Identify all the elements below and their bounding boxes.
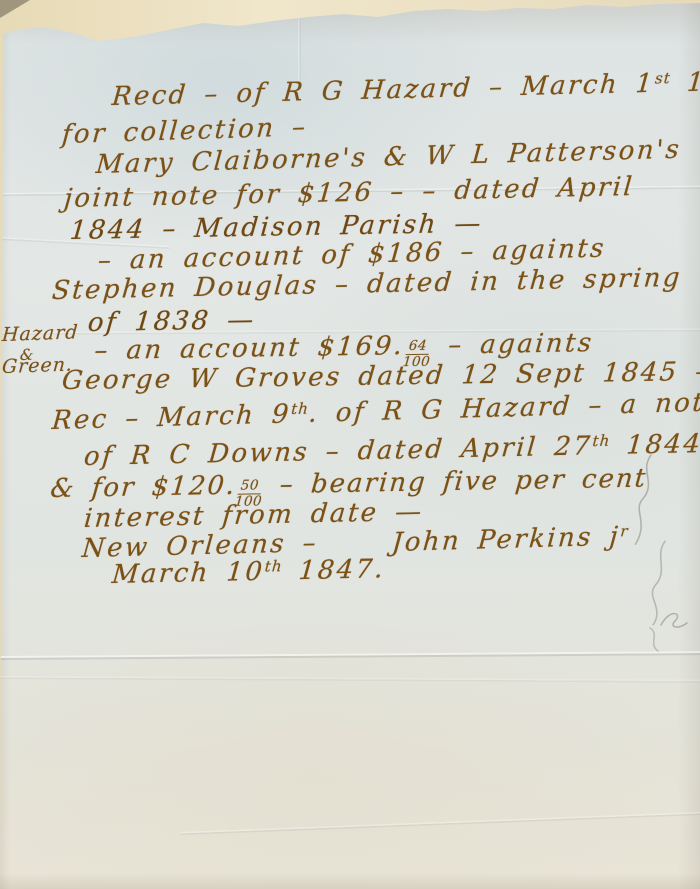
line12-text-after: 1844. <box>609 429 700 461</box>
scanned-document: Recd – of R G Hazard – March 1st 1847 fo… <box>0 0 700 889</box>
handwritten-line-interest-from-date: interest from date — <box>83 499 425 532</box>
handwritten-signature-john-perkins: John Perkins jr <box>391 523 629 556</box>
line1-superscript: st <box>654 69 671 87</box>
line9-text: – an account $169. <box>93 331 406 366</box>
line14-text: interest from date — <box>83 497 425 534</box>
handwritten-line-march-10-1847: March 10th 1847. <box>111 556 386 588</box>
handwritten-line-george-groves: George W Groves dated 12 Sept 1845 – <box>61 359 700 394</box>
handwritten-line-joint-note: joint note for $126 – – dated April <box>63 174 635 212</box>
line1-text: Recd – of R G Hazard – March 1 <box>111 69 656 112</box>
line12-superscript: th <box>592 432 611 450</box>
handwritten-line-rec-march-9: Rec – March 9th. of R G Hazard – a note <box>51 389 700 434</box>
line9-fraction-numerator: 64 <box>406 339 430 356</box>
line11-text: Rec – March 9 <box>51 399 292 436</box>
signature-text: John Perkins j <box>391 522 621 558</box>
line16-superscript: th <box>264 557 283 575</box>
line13-text-after: – bearing five per cent <box>262 464 648 501</box>
line16-year: 1847. <box>281 554 387 586</box>
line16-text: March 10 <box>111 557 266 590</box>
margin-note-hazard: Hazard <box>1 323 79 345</box>
line1-year: 1847 <box>669 66 700 98</box>
line13-text: & for $120. <box>49 471 237 504</box>
handwritten-line-for-collection: for collection – <box>61 114 308 148</box>
line9-text-after: – againts <box>430 328 595 361</box>
handwritten-line-of-1838: of 1838 — <box>87 307 257 336</box>
handwriting-layer: Recd – of R G Hazard – March 1st 1847 fo… <box>0 0 700 889</box>
line2-text: for collection – <box>61 112 309 150</box>
signature-superscript: r <box>620 522 630 540</box>
line11-superscript: th <box>291 400 310 419</box>
line11-text-after: . of R G Hazard – a note <box>307 387 700 429</box>
margin-hazard-text: Hazard <box>1 321 79 346</box>
handwritten-line-received-heading: Recd – of R G Hazard – March 1st 1847 <box>111 68 700 110</box>
line13-fraction-numerator: 50 <box>238 478 262 495</box>
